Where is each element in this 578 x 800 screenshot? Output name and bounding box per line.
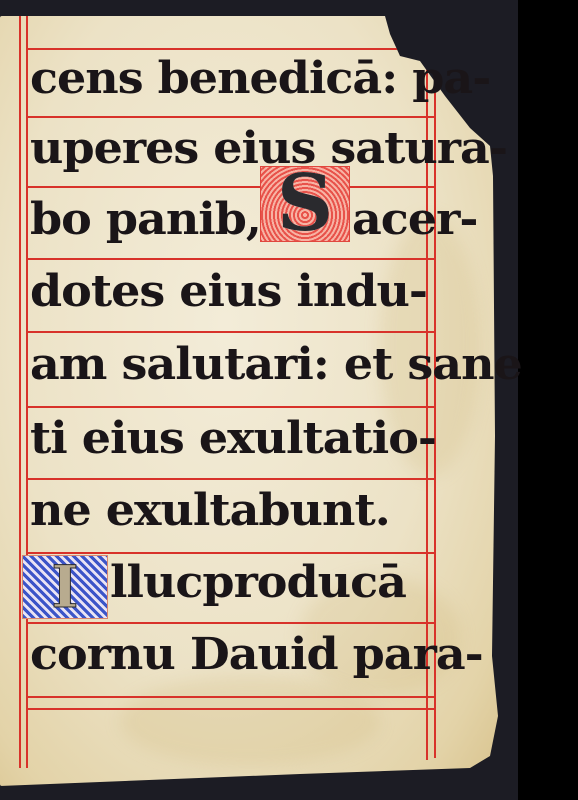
black-border-strip [518, 0, 578, 800]
horizontal-ruling [26, 48, 434, 50]
left-inner-ruling [26, 16, 28, 768]
red-illuminated-initial-s: S [260, 166, 350, 242]
text-line-5: am salutari: et sane [30, 338, 522, 389]
horizontal-ruling [26, 708, 434, 710]
text-line-7: ne exultabunt. [30, 484, 390, 535]
parchment-stain [120, 676, 380, 766]
initial-letter-i: I [51, 558, 78, 616]
horizontal-ruling [26, 116, 434, 118]
horizontal-ruling [26, 258, 434, 260]
initial-letter-s: S [277, 165, 333, 243]
blue-illuminated-initial-i: I [22, 555, 108, 619]
horizontal-ruling [26, 622, 434, 624]
horizontal-ruling [26, 696, 434, 698]
text-line-9: cornu Dauid para- [30, 628, 483, 679]
text-line-4: dotes eius indu- [30, 265, 427, 316]
text-line-3-continuation: acer- [352, 193, 477, 244]
left-outer-ruling [19, 16, 21, 768]
text-line-1: cens benedicā: pa- [30, 52, 490, 103]
horizontal-ruling [26, 552, 434, 554]
horizontal-ruling [26, 478, 434, 480]
text-line-3: bo panib, [30, 193, 261, 244]
text-line-8: llucproducā [110, 556, 406, 607]
text-line-6: ti eius exultatio- [30, 412, 436, 463]
horizontal-ruling [26, 406, 434, 408]
horizontal-ruling [26, 331, 434, 333]
horizontal-ruling [26, 186, 434, 188]
